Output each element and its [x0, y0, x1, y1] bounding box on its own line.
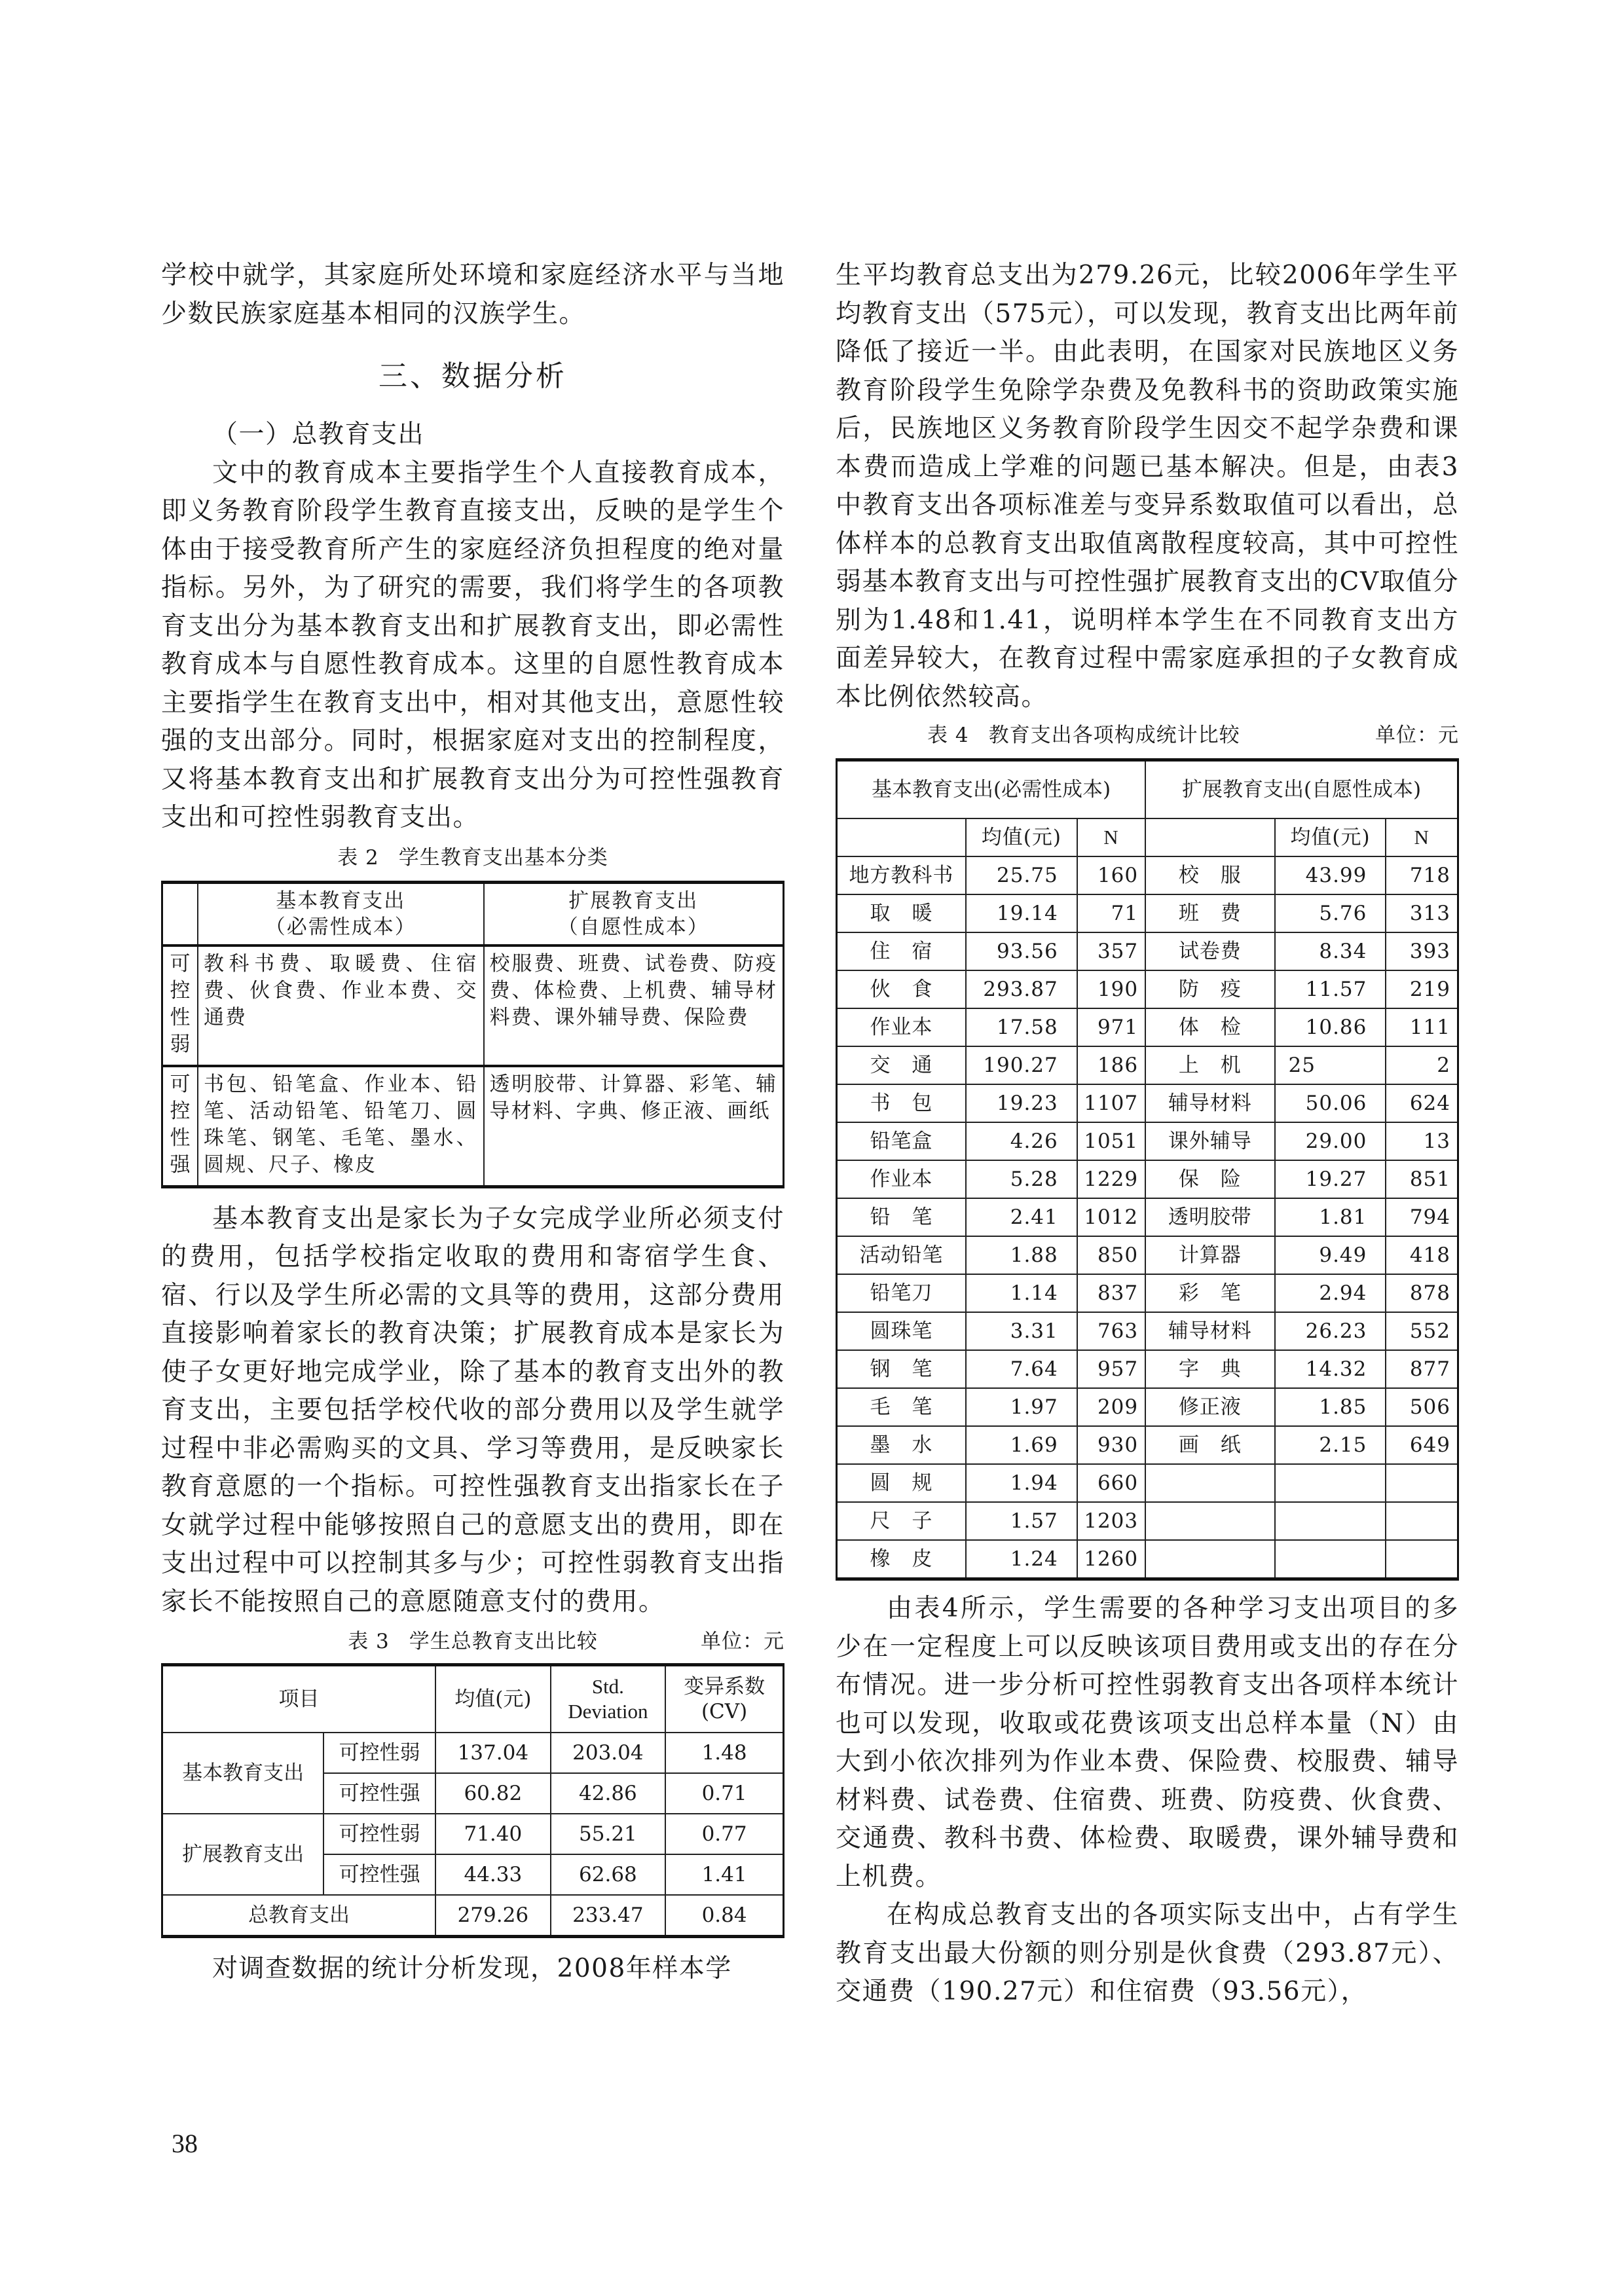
table4-column-header-row: 均值(元) N 均值(元) N [837, 818, 1458, 856]
table4-basic-mean: 190.27 [966, 1046, 1077, 1084]
page-number: 38 [172, 2128, 198, 2159]
table4-row: 尺 子1.571203 [837, 1502, 1458, 1540]
table4-ext-n: 877 [1386, 1350, 1458, 1388]
table2-cell-basic: 书包、铅笔盒、作业本、铅笔、活动铅笔、铅笔刀、圆珠笔、钢笔、毛笔、墨水、圆规、尺… [198, 1066, 484, 1187]
table4-ext-n: 851 [1386, 1160, 1458, 1198]
table4-ext-n [1386, 1464, 1458, 1502]
table4-basic-n: 957 [1077, 1350, 1145, 1388]
table3-cv: 0.71 [665, 1773, 783, 1814]
table4-basic-item: 铅 笔 [837, 1198, 966, 1236]
table4-row: 活动铅笔1.88850计算器9.49418 [837, 1236, 1458, 1274]
table4-basic-item: 圆 规 [837, 1464, 966, 1502]
table4-basic-mean: 1.57 [966, 1502, 1077, 1540]
table4-ext-mean [1275, 1502, 1386, 1540]
table3-header-std-line1: Std. [554, 1674, 663, 1699]
table2-caption: 表 2学生教育支出基本分类 [161, 841, 784, 874]
table3-header-cv-line1: 变异系数 [669, 1674, 780, 1699]
table4-ext-item [1145, 1464, 1274, 1502]
table4-ext-mean: 50.06 [1275, 1084, 1386, 1122]
paragraph-survey-analysis: 对调查数据的统计分析发现，2008年样本学 [161, 1950, 784, 1989]
table3-title: 学生总教育支出比较 [409, 1630, 598, 1653]
table2-cell-basic: 教科书费、取暖费、住宿费、伙食费、作业本费、交通费 [198, 946, 484, 1066]
table4-ext-n: 313 [1386, 894, 1458, 932]
table4-basic-n: 1203 [1077, 1502, 1145, 1540]
table2-number: 表 2 [337, 846, 379, 870]
table4-row: 地方教科书25.75160校 服43.99718 [837, 856, 1458, 894]
table3-total-label: 总教育支出 [162, 1895, 436, 1937]
table2-header-extended-line1: 扩展教育支出 [487, 888, 780, 914]
table4-basic-mean: 5.28 [966, 1160, 1077, 1198]
table2-row-label: 可控性弱 [162, 946, 198, 1066]
table2-header-basic-line1: 基本教育支出 [201, 888, 481, 914]
table3-sub-label: 可控性强 [323, 1854, 435, 1895]
paragraph-basic-vs-extended: 基本教育支出是家长为子女完成学业所必须支付的费用，包括学校指定收取的费用和寄宿学… [161, 1200, 784, 1622]
table4-ext-item: 透明胶带 [1145, 1198, 1274, 1236]
table2-corner-cell [162, 882, 198, 946]
table4-basic-item: 伙 食 [837, 970, 966, 1008]
table4-basic-item-header [837, 818, 966, 856]
table4-row: 毛 笔1.97209修正液1.85506 [837, 1388, 1458, 1426]
table4-ext-mean: 1.81 [1275, 1198, 1386, 1236]
table4-basic-mean: 2.41 [966, 1198, 1077, 1236]
table4-row: 作业本5.281229保 险19.27851 [837, 1160, 1458, 1198]
table4-ext-item: 体 检 [1145, 1008, 1274, 1046]
table3-header-cv: 变异系数 (CV) [665, 1665, 783, 1733]
table4-ext-n: 624 [1386, 1084, 1458, 1122]
table4-ext-mean: 8.34 [1275, 932, 1386, 970]
table4-ext-mean: 43.99 [1275, 856, 1386, 894]
table4-basic-mean-header: 均值(元) [966, 818, 1077, 856]
table4-title: 教育支出各项构成统计比较 [989, 724, 1240, 747]
table4-ext-n: 13 [1386, 1122, 1458, 1160]
section-heading: 三、数据分析 [161, 357, 784, 396]
subsection-heading: （一）总教育支出 [161, 416, 784, 454]
table4-ext-n: 219 [1386, 970, 1458, 1008]
table4-basic-mean: 93.56 [966, 932, 1077, 970]
table4-basic-item: 铅笔刀 [837, 1274, 966, 1312]
table4-row: 圆 规1.94660 [837, 1464, 1458, 1502]
table2-row: 可控性强 书包、铅笔盒、作业本、铅笔、活动铅笔、铅笔刀、圆珠笔、钢笔、毛笔、墨水… [162, 1066, 784, 1187]
table4-basic-n: 209 [1077, 1388, 1145, 1426]
table4-basic-item: 书 包 [837, 1084, 966, 1122]
table4-basic-mean: 1.94 [966, 1464, 1077, 1502]
table4-ext-item: 校 服 [1145, 856, 1274, 894]
table3-header-cv-line2: (CV) [669, 1699, 780, 1724]
table4-basic-mean: 293.87 [966, 970, 1077, 1008]
table3-header-row: 项目 均值(元) Std. Deviation 变异系数 (CV) [162, 1665, 784, 1733]
paragraph-average-expense: 生平均教育总支出为279.26元，比较2006年学生平均教育支出（575元），可… [836, 257, 1459, 716]
table4-basic-item: 尺 子 [837, 1502, 966, 1540]
table3-total-cv: 0.84 [665, 1895, 783, 1937]
table4-ext-n: 418 [1386, 1236, 1458, 1274]
table4-ext-item: 试卷费 [1145, 932, 1274, 970]
intro-paragraph: 学校中就学，其家庭所处环境和家庭经济水平与当地少数民族家庭基本相同的汉族学生。 [161, 257, 784, 333]
table4-ext-n: 506 [1386, 1388, 1458, 1426]
table4-basic-item: 交 通 [837, 1046, 966, 1084]
table2-row: 可控性弱 教科书费、取暖费、住宿费、伙食费、作业本费、交通费 校服费、班费、试卷… [162, 946, 784, 1066]
table4-basic-item: 取 暖 [837, 894, 966, 932]
paragraph-table4-analysis: 由表4所示，学生需要的各种学习支出项目的多少在一定程度上可以反映该项目费用或支出… [836, 1590, 1459, 1896]
table3-std: 203.04 [551, 1733, 666, 1773]
left-column: 学校中就学，其家庭所处环境和家庭经济水平与当地少数民族家庭基本相同的汉族学生。 … [161, 257, 784, 1989]
table4-ext-n: 878 [1386, 1274, 1458, 1312]
table4-basic-item: 铅笔盒 [837, 1122, 966, 1160]
table4-group-basic: 基本教育支出(必需性成本) [837, 760, 1146, 819]
table2-header-row: 基本教育支出 （必需性成本） 扩展教育支出 （自愿性成本） [162, 882, 784, 946]
table2-cell-extended: 透明胶带、计算器、彩笔、辅导材料、字典、修正液、画纸 [484, 1066, 784, 1187]
table4-ext-mean: 2.15 [1275, 1426, 1386, 1464]
table4-basic-n: 763 [1077, 1312, 1145, 1350]
table4-ext-mean: 9.49 [1275, 1236, 1386, 1274]
table3-unit: 单位：元 [701, 1625, 784, 1658]
table4-ext-mean: 1.85 [1275, 1388, 1386, 1426]
table4-ext-item: 字 典 [1145, 1350, 1274, 1388]
table2-header-basic: 基本教育支出 （必需性成本） [198, 882, 484, 946]
table4-ext-n-header: N [1386, 818, 1458, 856]
table4-ext-item: 画 纸 [1145, 1426, 1274, 1464]
table4-row: 墨 水1.69930画 纸2.15649 [837, 1426, 1458, 1464]
table4-ext-mean: 29.00 [1275, 1122, 1386, 1160]
table4-basic-n: 71 [1077, 894, 1145, 932]
table4-row: 铅笔盒4.261051课外辅导29.0013 [837, 1122, 1458, 1160]
table4-ext-mean: 14.32 [1275, 1350, 1386, 1388]
table3-std: 62.68 [551, 1854, 666, 1895]
table4-basic-item: 作业本 [837, 1160, 966, 1198]
table3-total-mean: 279.26 [435, 1895, 551, 1937]
table4-ext-n [1386, 1540, 1458, 1579]
table4-basic-mean: 25.75 [966, 856, 1077, 894]
table4-ext-item: 班 费 [1145, 894, 1274, 932]
table2-expense-classification: 基本教育支出 （必需性成本） 扩展教育支出 （自愿性成本） 可控性弱 教科书费、… [161, 881, 784, 1188]
table4-row: 作业本17.58971体 检10.86111 [837, 1008, 1458, 1046]
table4-group-header-row: 基本教育支出(必需性成本) 扩展教育支出(自愿性成本) [837, 760, 1458, 819]
table4-basic-mean: 4.26 [966, 1122, 1077, 1160]
table3-cv: 1.48 [665, 1733, 783, 1773]
table4-ext-n: 649 [1386, 1426, 1458, 1464]
table4-basic-item: 住 宿 [837, 932, 966, 970]
table3-row: 扩展教育支出 可控性弱 71.40 55.21 0.77 [162, 1814, 784, 1854]
table4-basic-mean: 1.69 [966, 1426, 1077, 1464]
table4-basic-n: 1012 [1077, 1198, 1145, 1236]
table4-ext-mean: 10.86 [1275, 1008, 1386, 1046]
table3-sub-label: 可控性强 [323, 1773, 435, 1814]
table3-std: 42.86 [551, 1773, 666, 1814]
table3-header-std-line2: Deviation [554, 1699, 663, 1724]
table4-ext-n: 2 [1386, 1046, 1458, 1084]
table4-ext-item: 计算器 [1145, 1236, 1274, 1274]
table4-basic-item: 地方教科书 [837, 856, 966, 894]
table4-basic-n: 930 [1077, 1426, 1145, 1464]
table4-basic-mean: 1.88 [966, 1236, 1077, 1274]
table4-ext-item-header [1145, 818, 1274, 856]
table4-basic-n: 357 [1077, 932, 1145, 970]
table4-basic-item: 毛 笔 [837, 1388, 966, 1426]
table4-row: 铅 笔2.411012透明胶带1.81794 [837, 1198, 1458, 1236]
table4-expense-items: 基本教育支出(必需性成本) 扩展教育支出(自愿性成本) 均值(元) N 均值(元… [836, 758, 1459, 1581]
table4-row: 圆珠笔3.31763辅导材料26.23552 [837, 1312, 1458, 1350]
table4-ext-mean: 11.57 [1275, 970, 1386, 1008]
table4-ext-item [1145, 1502, 1274, 1540]
table4-row: 住 宿93.56357试卷费8.34393 [837, 932, 1458, 970]
table3-mean: 60.82 [435, 1773, 551, 1814]
table4-caption: 表 4教育支出各项构成统计比较 单位：元 [836, 719, 1459, 752]
table4-basic-n: 190 [1077, 970, 1145, 1008]
table2-row-label: 可控性强 [162, 1066, 198, 1187]
table3-mean: 137.04 [435, 1733, 551, 1773]
table4-basic-item: 作业本 [837, 1008, 966, 1046]
table4-basic-n-header: N [1077, 818, 1145, 856]
table3-header-item: 项目 [162, 1665, 436, 1733]
table2-header-basic-line2: （必需性成本） [201, 914, 481, 940]
table4-ext-mean: 19.27 [1275, 1160, 1386, 1198]
table4-basic-item: 橡 皮 [837, 1540, 966, 1579]
table3-sub-label: 可控性弱 [323, 1814, 435, 1854]
table4-number: 表 4 [927, 724, 969, 747]
table4-basic-n: 186 [1077, 1046, 1145, 1084]
table4-basic-item: 圆珠笔 [837, 1312, 966, 1350]
table2-header-extended-line2: （自愿性成本） [487, 914, 780, 940]
table4-row: 交 通190.27186上 机252 [837, 1046, 1458, 1084]
table4-basic-n: 971 [1077, 1008, 1145, 1046]
table4-basic-mean: 19.14 [966, 894, 1077, 932]
table4-basic-n: 1107 [1077, 1084, 1145, 1122]
table4-ext-mean: 26.23 [1275, 1312, 1386, 1350]
table4-ext-mean [1275, 1540, 1386, 1579]
table4-row: 书 包19.231107辅导材料50.06624 [837, 1084, 1458, 1122]
table4-ext-n: 718 [1386, 856, 1458, 894]
table4-basic-mean: 19.23 [966, 1084, 1077, 1122]
table4-group-extended: 扩展教育支出(自愿性成本) [1145, 760, 1458, 819]
table4-basic-mean: 17.58 [966, 1008, 1077, 1046]
table2-cell-extended: 校服费、班费、试卷费、防疫费、体检费、上机费、辅导材料费、课外辅导费、保险费 [484, 946, 784, 1066]
table3-cv: 0.77 [665, 1814, 783, 1854]
table4-basic-n: 1229 [1077, 1160, 1145, 1198]
table3-mean: 71.40 [435, 1814, 551, 1854]
table4-basic-mean: 7.64 [966, 1350, 1077, 1388]
table4-ext-n: 794 [1386, 1198, 1458, 1236]
table2-header-extended: 扩展教育支出 （自愿性成本） [484, 882, 784, 946]
table4-ext-item: 防 疫 [1145, 970, 1274, 1008]
table4-ext-item: 上 机 [1145, 1046, 1274, 1084]
table4-row: 橡 皮1.241260 [837, 1540, 1458, 1579]
table4-body: 地方教科书25.75160校 服43.99718取 暖19.1471班 费5.7… [837, 856, 1458, 1579]
table4-ext-item [1145, 1540, 1274, 1579]
table3-number: 表 3 [348, 1630, 390, 1653]
paragraph-largest-share: 在构成总教育支出的各项实际支出中，占有学生教育支出最大份额的则分别是伙食费（29… [836, 1896, 1459, 2011]
table4-ext-mean: 2.94 [1275, 1274, 1386, 1312]
table4-basic-mean: 1.14 [966, 1274, 1077, 1312]
table3-header-std: Std. Deviation [551, 1665, 666, 1733]
table4-basic-n: 1051 [1077, 1122, 1145, 1160]
table3-cv: 1.41 [665, 1854, 783, 1895]
table4-basic-n: 660 [1077, 1464, 1145, 1502]
table3-total-std: 233.47 [551, 1895, 666, 1937]
table4-basic-n: 837 [1077, 1274, 1145, 1312]
table4-ext-item: 保 险 [1145, 1160, 1274, 1198]
table4-ext-item: 修正液 [1145, 1388, 1274, 1426]
table4-ext-item: 辅导材料 [1145, 1312, 1274, 1350]
table4-ext-item: 辅导材料 [1145, 1084, 1274, 1122]
paragraph-education-cost: 文中的教育成本主要指学生个人直接教育成本，即义务教育阶段学生教育直接支出，反映的… [161, 454, 784, 837]
table4-basic-mean: 3.31 [966, 1312, 1077, 1350]
table4-ext-n: 552 [1386, 1312, 1458, 1350]
table4-unit: 单位：元 [1375, 719, 1459, 752]
table3-caption: 表 3学生总教育支出比较 单位：元 [161, 1625, 784, 1658]
table4-ext-item: 彩 笔 [1145, 1274, 1274, 1312]
table4-basic-mean: 1.24 [966, 1540, 1077, 1579]
table4-ext-n: 393 [1386, 932, 1458, 970]
table4-basic-item: 钢 笔 [837, 1350, 966, 1388]
table3-mean: 44.33 [435, 1854, 551, 1895]
table3-std: 55.21 [551, 1814, 666, 1854]
table4-row: 铅笔刀1.14837彩 笔2.94878 [837, 1274, 1458, 1312]
table4-row: 取 暖19.1471班 费5.76313 [837, 894, 1458, 932]
table3-total-expense-comparison: 项目 均值(元) Std. Deviation 变异系数 (CV) 基本教育支出… [161, 1663, 784, 1938]
table4-basic-item: 活动铅笔 [837, 1236, 966, 1274]
table3-header-mean: 均值(元) [435, 1665, 551, 1733]
table2-title: 学生教育支出基本分类 [399, 846, 608, 870]
table3-sub-label: 可控性弱 [323, 1733, 435, 1773]
table4-ext-mean: 25 [1275, 1046, 1386, 1084]
table3-group-label: 基本教育支出 [162, 1733, 324, 1814]
table4-ext-n: 111 [1386, 1008, 1458, 1046]
table4-ext-mean [1275, 1464, 1386, 1502]
right-column: 生平均教育总支出为279.26元，比较2006年学生平均教育支出（575元），可… [836, 257, 1459, 2011]
table4-ext-n [1386, 1502, 1458, 1540]
table3-total-row: 总教育支出 279.26 233.47 0.84 [162, 1895, 784, 1937]
table4-basic-n: 160 [1077, 856, 1145, 894]
table3-group-label: 扩展教育支出 [162, 1814, 324, 1895]
table4-row: 钢 笔7.64957字 典14.32877 [837, 1350, 1458, 1388]
table4-ext-mean: 5.76 [1275, 894, 1386, 932]
table4-basic-n: 850 [1077, 1236, 1145, 1274]
table4-basic-n: 1260 [1077, 1540, 1145, 1579]
table4-row: 伙 食293.87190防 疫11.57219 [837, 970, 1458, 1008]
table4-basic-item: 墨 水 [837, 1426, 966, 1464]
table4-ext-mean-header: 均值(元) [1275, 818, 1386, 856]
table4-basic-mean: 1.97 [966, 1388, 1077, 1426]
table4-ext-item: 课外辅导 [1145, 1122, 1274, 1160]
table3-row: 基本教育支出 可控性弱 137.04 203.04 1.48 [162, 1733, 784, 1773]
